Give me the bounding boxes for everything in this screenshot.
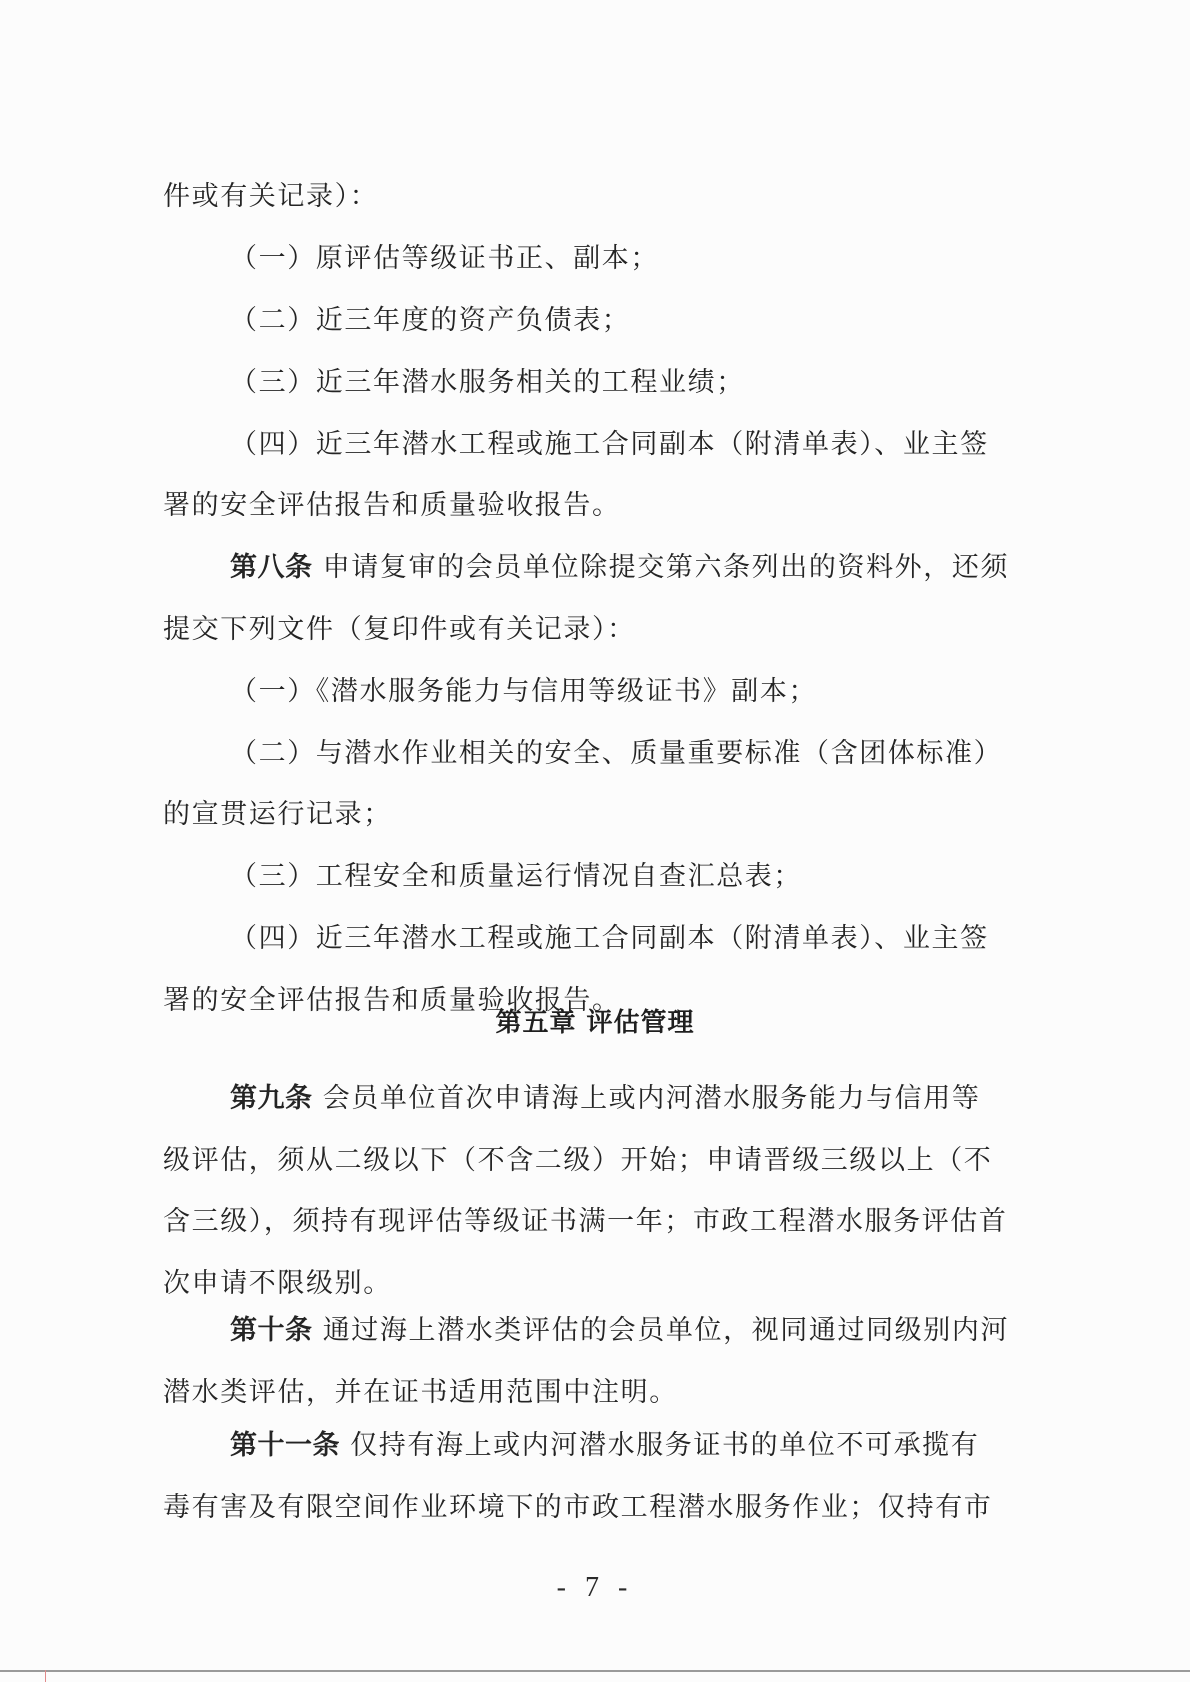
- list-item: （一）《潜水服务能力与信用等级证书》副本；: [230, 675, 817, 709]
- article-label: 第九条: [230, 1083, 313, 1114]
- list-item: （一）原评估等级证书正、副本；: [230, 242, 659, 276]
- paragraph-line: 潜水类评估，并在证书适用范围中注明。: [163, 1376, 678, 1410]
- list-item: （二）与潜水作业相关的安全、质量重要标准（含团体标准）: [230, 737, 1002, 771]
- page-number: - 7 -: [0, 1572, 1190, 1604]
- article-10-paragraph: 第十条 通过海上潜水类评估的会员单位，视同通过同级别内河: [230, 1314, 1009, 1348]
- page-bottom-rule: [0, 1670, 1190, 1672]
- list-item: （三）近三年潜水服务相关的工程业绩；: [230, 366, 745, 400]
- paragraph-line: 级评估，须从二级以下（不含二级）开始；申请晋级三级以上（不: [163, 1144, 992, 1178]
- chapter-heading: 第五章 评估管理: [0, 1006, 1190, 1040]
- article-label: 第十条: [230, 1315, 313, 1346]
- crop-mark: [45, 1670, 46, 1682]
- paragraph-line: 件或有关记录）：: [163, 180, 378, 214]
- list-item: （四）近三年潜水工程或施工合同副本（附清单表）、业主签: [230, 922, 989, 956]
- article-text: 申请复审的会员单位除提交第六条列出的资料外，还须: [323, 552, 1009, 583]
- list-item-continuation: 的宣贯运行记录；: [163, 798, 392, 832]
- article-text: 仅持有海上或内河潜水服务证书的单位不可承揽有: [350, 1430, 979, 1461]
- list-item-continuation: 署的安全评估报告和质量验收报告。: [163, 489, 621, 523]
- document-page: 件或有关记录）： （一）原评估等级证书正、副本； （二）近三年度的资产负债表； …: [0, 0, 1190, 1682]
- paragraph-line: 含三级），须持有现评估等级证书满一年；市政工程潜水服务评估首: [163, 1205, 1008, 1239]
- article-11-paragraph: 第十一条 仅持有海上或内河潜水服务证书的单位不可承揽有: [230, 1429, 979, 1463]
- article-text: 通过海上潜水类评估的会员单位，视同通过同级别内河: [323, 1315, 1009, 1346]
- paragraph-line: 毒有害及有限空间作业环境下的市政工程潜水服务作业；仅持有市: [163, 1491, 992, 1525]
- article-label: 第八条: [230, 552, 313, 583]
- paragraph-line: 提交下列文件（复印件或有关记录）：: [163, 613, 636, 647]
- article-8-paragraph: 第八条 申请复审的会员单位除提交第六条列出的资料外，还须: [230, 551, 1009, 585]
- article-label: 第十一条: [230, 1430, 340, 1461]
- list-item: （二）近三年度的资产负债表；: [230, 304, 630, 338]
- list-item: （四）近三年潜水工程或施工合同副本（附清单表）、业主签: [230, 428, 989, 462]
- article-9-paragraph: 第九条 会员单位首次申请海上或内河潜水服务能力与信用等: [230, 1082, 981, 1116]
- list-item: （三）工程安全和质量运行情况自查汇总表；: [230, 860, 802, 894]
- article-text: 会员单位首次申请海上或内河潜水服务能力与信用等: [323, 1083, 981, 1114]
- paragraph-line: 次申请不限级别。: [163, 1267, 392, 1301]
